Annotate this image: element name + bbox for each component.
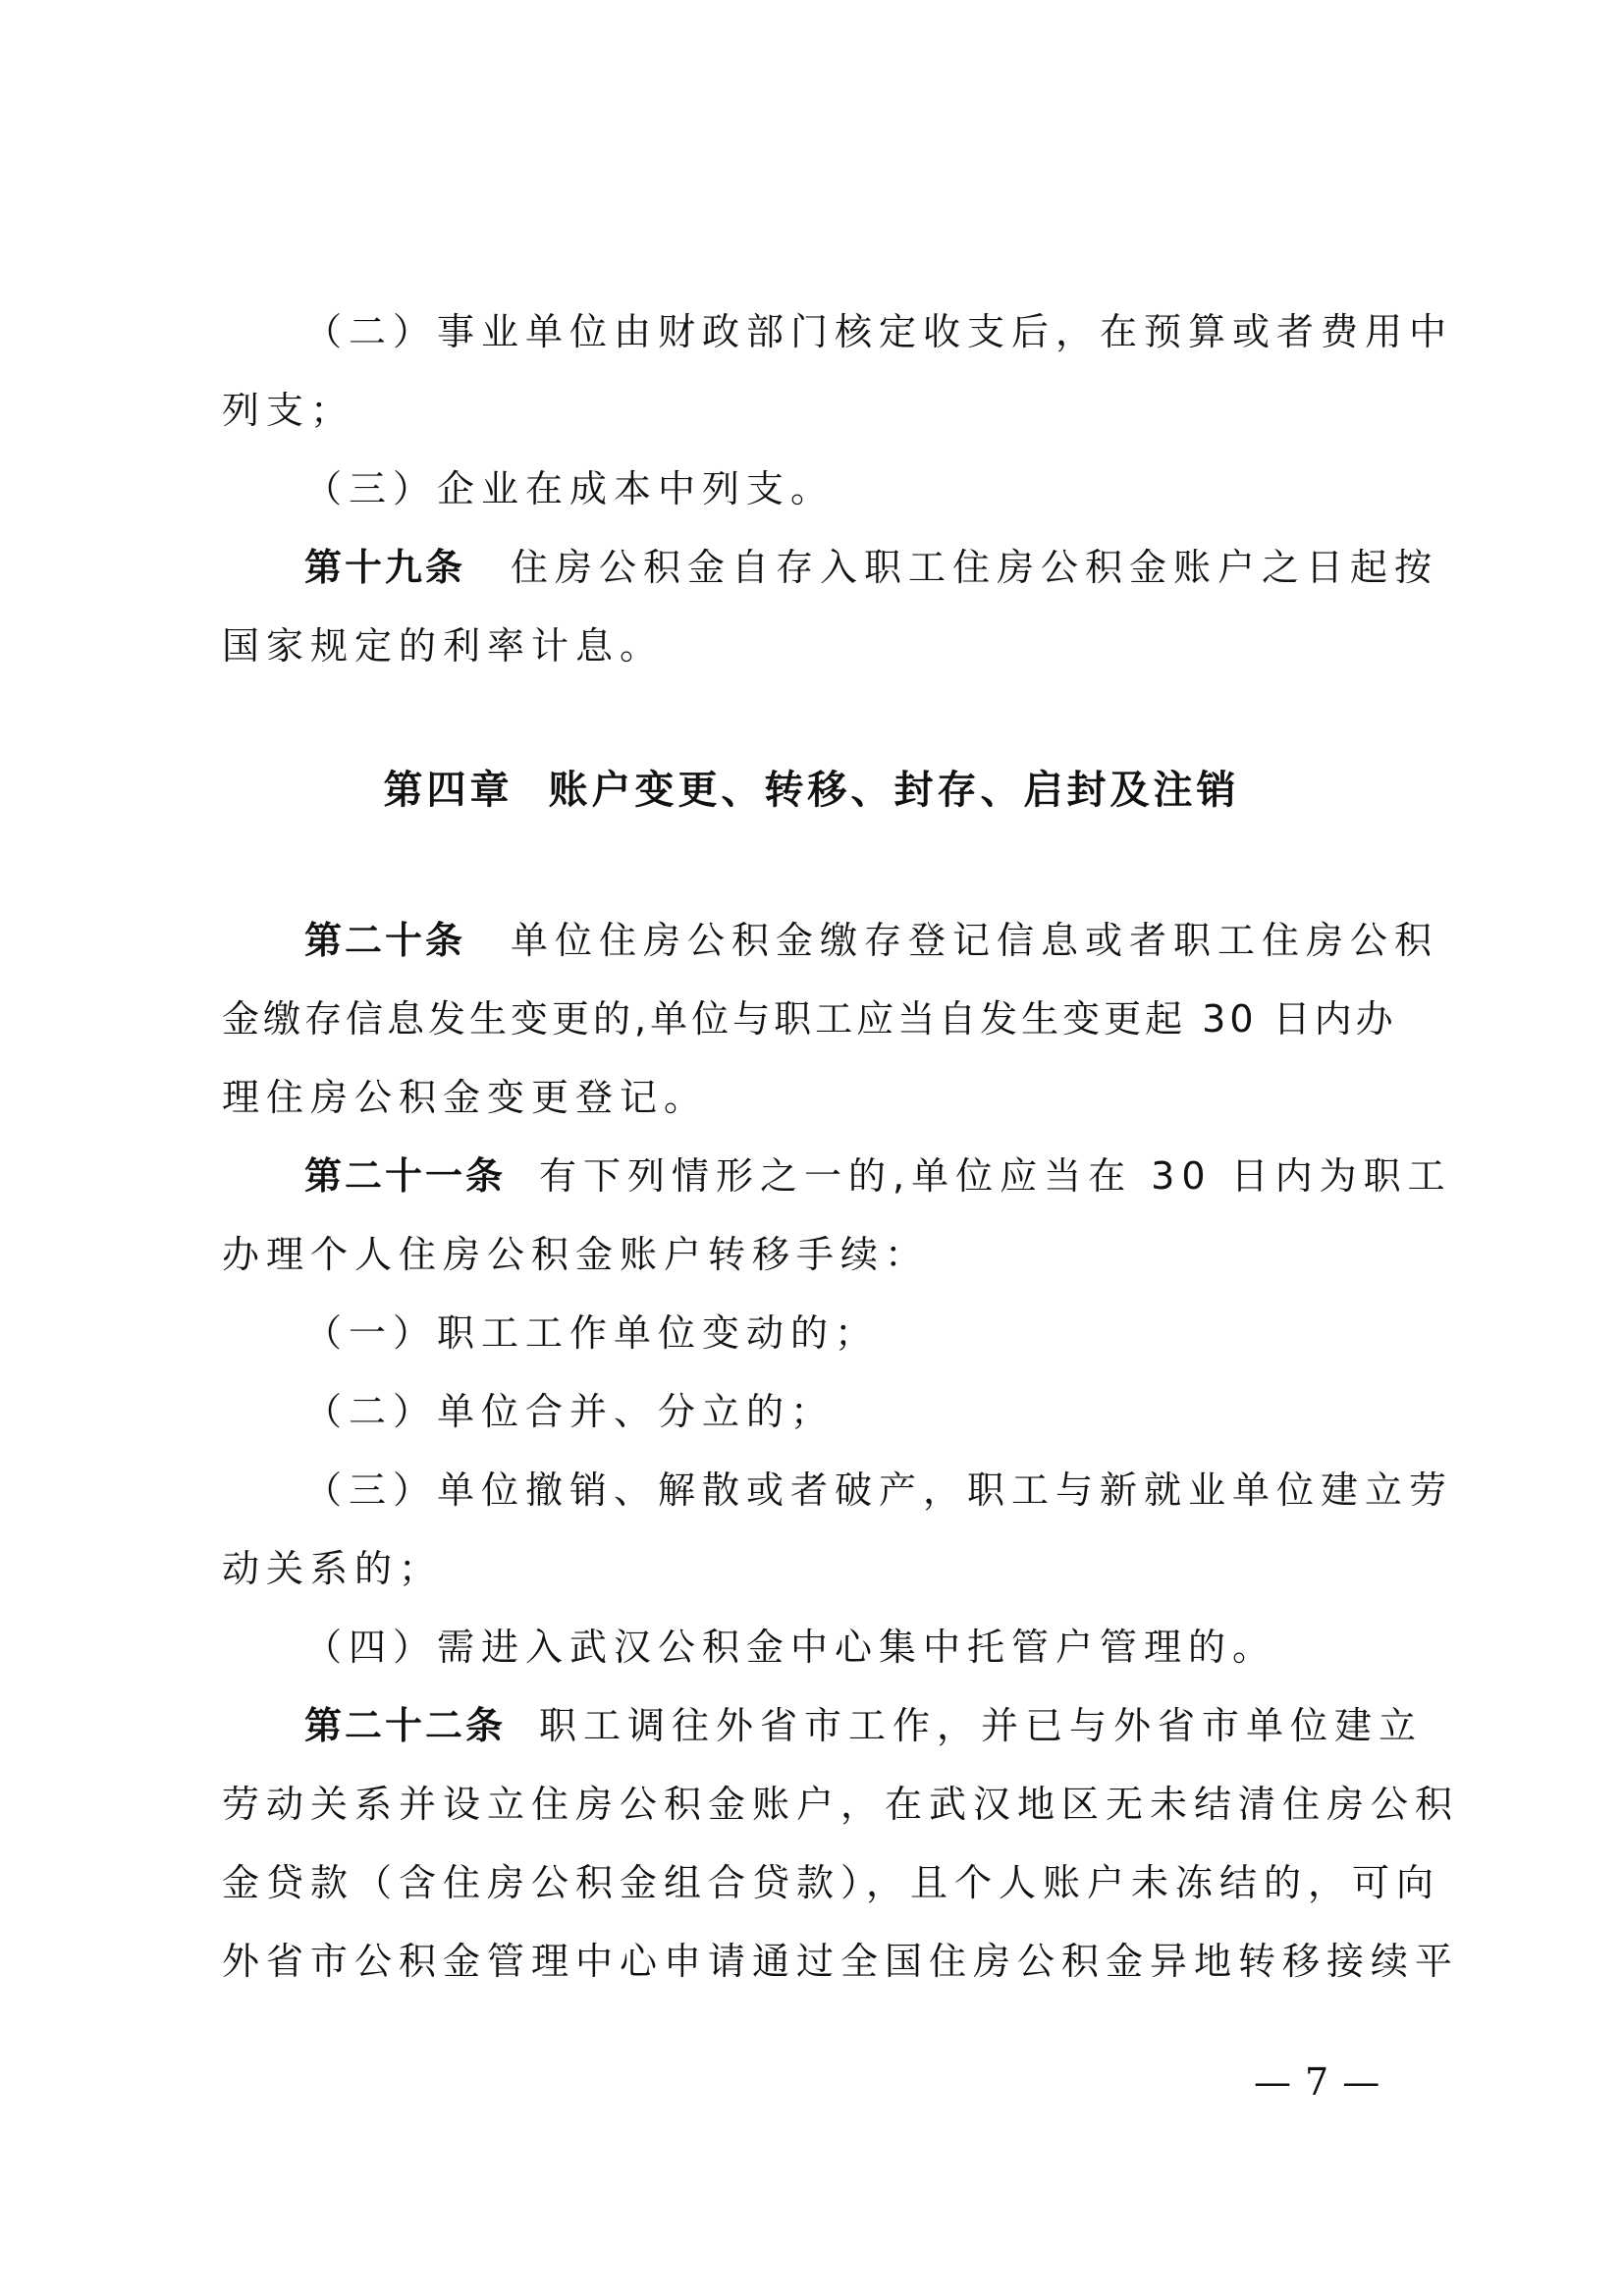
page-number-dash: — <box>1342 2060 1380 2104</box>
article-text: 单位住房公积金缴存登记信息或者职工住房公积 <box>511 919 1438 962</box>
chapter-title: 账户变更、转移、封存、启封及注销 <box>549 768 1240 813</box>
paragraph-line: 劳动关系并设立住房公积金账户，在武汉地区无未结清住房公积 <box>222 1780 1459 1829</box>
list-item: （二）单位合并、分立的； <box>304 1387 835 1436</box>
article-label: 第二十一条 <box>304 1154 506 1198</box>
page-number-value: 7 <box>1305 2060 1328 2104</box>
article-22: 第二十二条职工调往外省市工作，并已与外省市单位建立 <box>304 1701 1423 1750</box>
article-label: 第十九条 <box>304 546 465 589</box>
paragraph-line: 办理个人住房公积金账户转移手续： <box>222 1230 929 1279</box>
article-label: 第二十条 <box>304 919 465 962</box>
article-text: 有下列情形之一的,单位应当在 30 日内为职工 <box>539 1154 1452 1198</box>
paragraph-line: 金贷款（含住房公积金组合贷款），且个人账户未冻结的，可向 <box>222 1858 1440 1907</box>
article-21: 第二十一条有下列情形之一的,单位应当在 30 日内为职工 <box>304 1151 1452 1201</box>
list-item: （三）单位撤销、解散或者破产，职工与新就业单位建立劳 <box>304 1466 1453 1515</box>
page-number: —7— <box>1254 2060 1380 2104</box>
paragraph-line: （二）事业单位由财政部门核定收支后，在预算或者费用中 <box>304 307 1453 356</box>
article-text: 职工调往外省市工作，并已与外省市单位建立 <box>539 1704 1423 1747</box>
paragraph-line: 理住房公积金变更登记。 <box>222 1073 708 1122</box>
chapter-heading: 第四章账户变更、转移、封存、启封及注销 <box>0 764 1623 817</box>
paragraph-line: 列支； <box>222 386 354 435</box>
article-19: 第十九条住房公积金自存入职工住房公积金账户之日起按 <box>304 543 1438 592</box>
page-number-dash: — <box>1254 2060 1291 2104</box>
article-label: 第二十二条 <box>304 1704 506 1747</box>
article-text: 住房公积金自存入职工住房公积金账户之日起按 <box>511 546 1438 589</box>
paragraph-line: 外省市公积金管理中心申请通过全国住房公积金异地转移接续平 <box>222 1937 1459 1986</box>
paragraph-line: 国家规定的利率计息。 <box>222 621 664 670</box>
paragraph-line: （三）企业在成本中列支。 <box>304 464 835 513</box>
list-item: （四）需进入武汉公积金中心集中托管户管理的。 <box>304 1623 1276 1672</box>
document-page: （二）事业单位由财政部门核定收支后，在预算或者费用中 列支； （三）企业在成本中… <box>0 0 1623 2296</box>
list-item: （一）职工工作单位变动的； <box>304 1308 879 1358</box>
paragraph-line: 动关系的； <box>222 1544 443 1593</box>
article-20: 第二十条单位住房公积金缴存登记信息或者职工住房公积 <box>304 916 1438 965</box>
chapter-number: 第四章 <box>384 768 514 813</box>
paragraph-line: 金缴存信息发生变更的,单位与职工应当自发生变更起 30 日内办 <box>222 994 1397 1043</box>
